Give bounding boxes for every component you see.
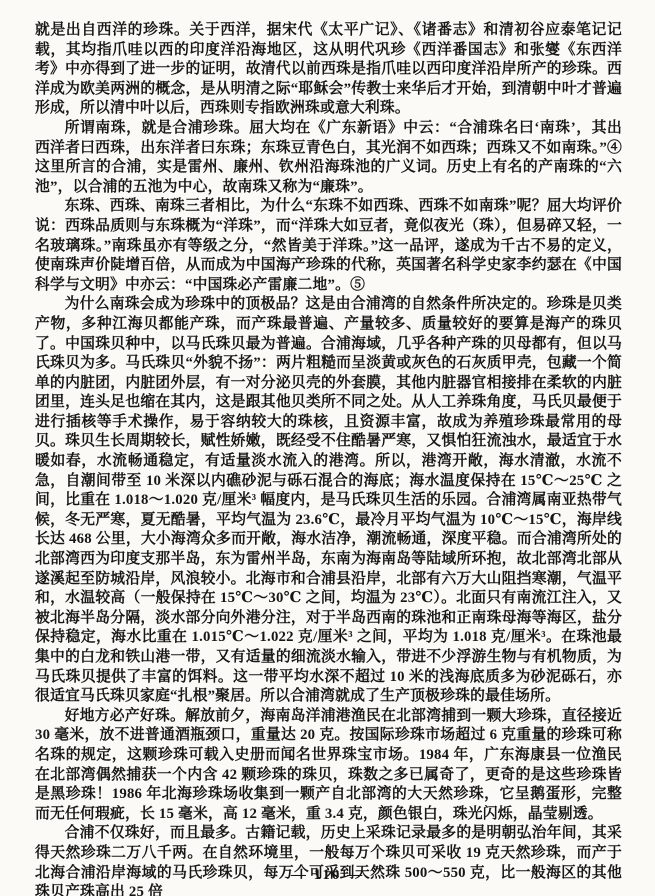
paragraph-natural-conditions: 为什么南珠会成为珍珠中的顶极品？这是由合浦湾的自然条件所决定的。珍珠是贝类产物，… — [35, 295, 622, 706]
paragraph-continuation: 就是出自西洋的珍珠。关于西洋，据宋代《太平广记》、《诸番志》和清初谷应泰笔记记载… — [35, 21, 622, 119]
page-number: — 110 — — [0, 867, 655, 884]
paragraph-pearl-yield: 合浦不仅珠好，而且最多。古籍记载，历史上采珠记录最多的是明朝弘治年间，其采得天然… — [35, 824, 622, 896]
paragraph-pearl-comparison: 东珠、西珠、南珠三者相比，为什么“东珠不如西珠、西珠不如南珠”呢？屈大均评价说：… — [35, 197, 622, 295]
page-body-text: 就是出自西洋的珍珠。关于西洋，据宋代《太平广记》、《诸番志》和清初谷应泰笔记记载… — [35, 21, 622, 896]
paragraph-nanzhu-definition: 所谓南珠，就是合浦珍珠。屈大均在《广东新语》中云：“合浦珠名曰‘南珠’，其出西洋… — [35, 119, 622, 197]
paragraph-famous-pearls: 好地方必产好珠。解放前夕，海南岛洋浦港渔民在北部湾捕到一颗大珍珠，直径接近 30… — [35, 707, 622, 825]
scanned-book-page: 就是出自西洋的珍珠。关于西洋，据宋代《太平广记》、《诸番志》和清初谷应泰笔记记载… — [0, 0, 655, 896]
